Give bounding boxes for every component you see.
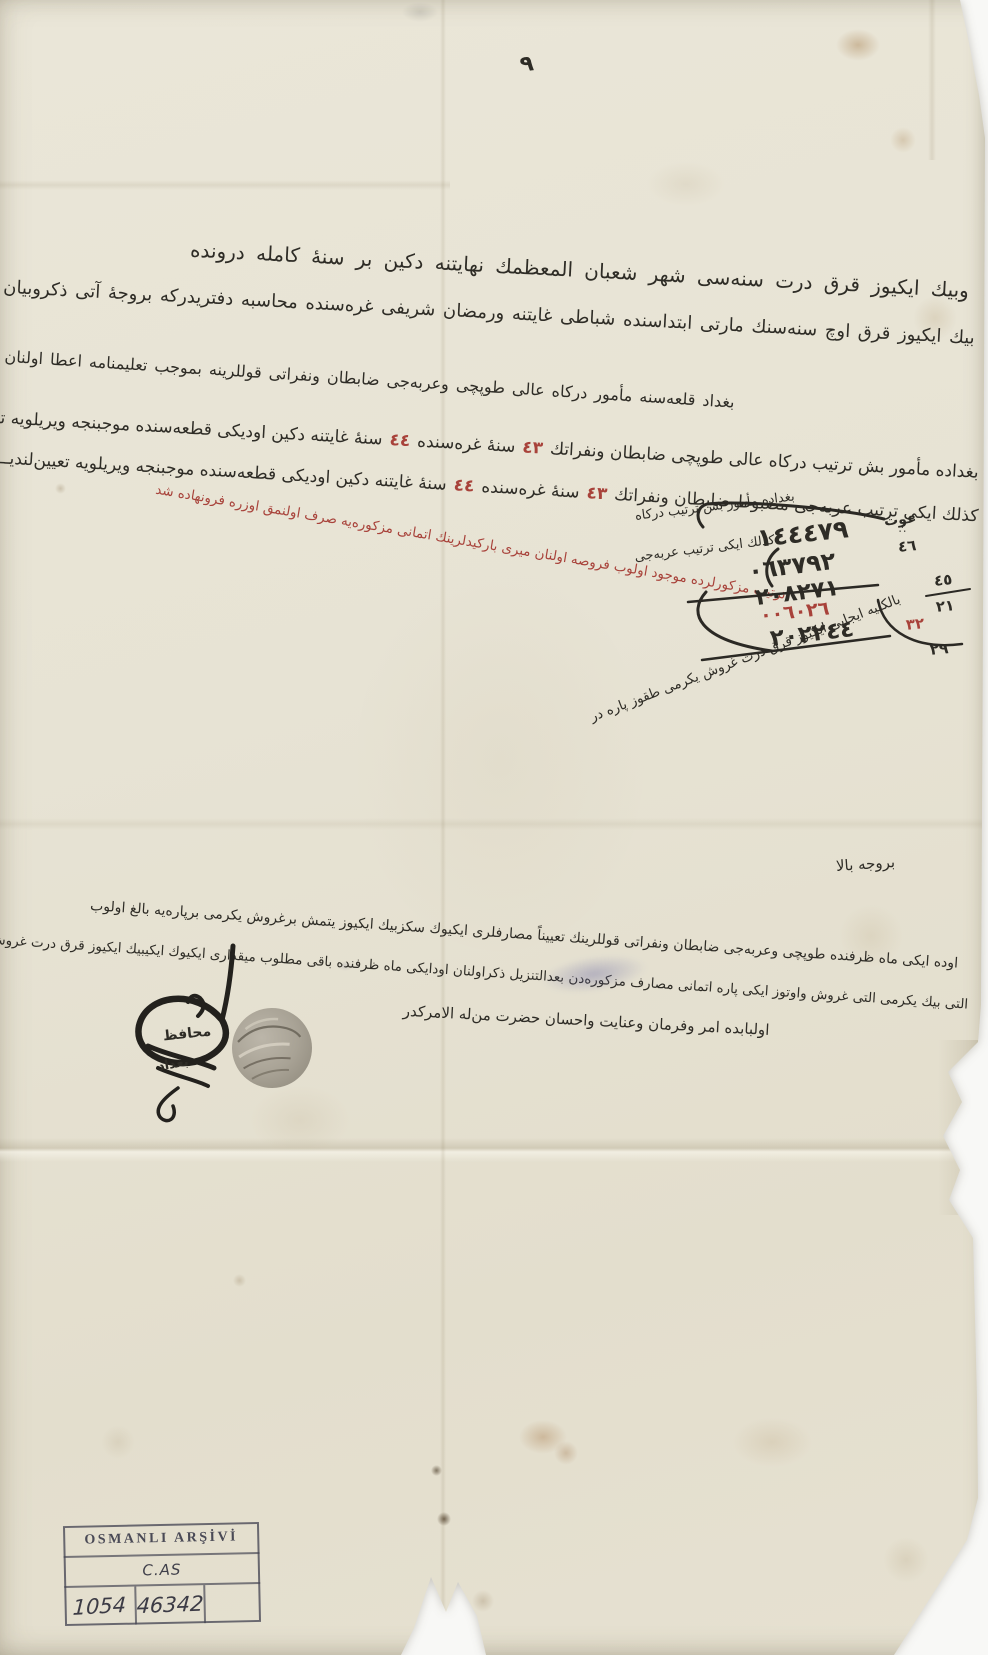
- upper-line-3: بغداد قلعه‌سنه مأمور دركاه عالی طوپچی وع…: [7, 348, 735, 412]
- margin-value-3: ٢١: [935, 597, 955, 616]
- margin-fraction-bar: [926, 589, 970, 596]
- lower-heading: بروجه بالا: [835, 854, 895, 875]
- archive-stamp-dosya-number: 1054: [73, 1593, 128, 1620]
- signature-title: محافظ: [162, 1024, 212, 1045]
- margin-value-5: ٢٩: [929, 640, 949, 659]
- archive-stamp-dosya-cell: 1054: [64, 1587, 137, 1627]
- seal-script-1: [236, 1020, 300, 1049]
- page-number-mark: ٩: [518, 51, 535, 78]
- archive-stamp-class-row: C.AS: [64, 1554, 261, 1588]
- seal-script-5: [244, 1017, 278, 1029]
- fold-crease-horizontal-upper: [0, 180, 450, 190]
- fold-crease-vertical-right: [928, 0, 936, 160]
- entry-1-year-end: ٤٤: [389, 430, 411, 451]
- signature-tail: [158, 1088, 178, 1121]
- ink-marks-overlay: [0, 0, 988, 1655]
- seal-script-3: [243, 1054, 291, 1068]
- entry-1-text-b: سنۀ غره‌سنده: [417, 432, 516, 457]
- archive-stamp-empty-cell: [205, 1584, 261, 1623]
- document-page: ٩ وبیك ایكیوز قرق درت سنه‌سی شهر شعبان ا…: [0, 0, 988, 1655]
- archive-stamp-title-row: OSMANLI ARŞİVİ: [63, 1522, 260, 1558]
- margin-value-1: ٤٦: [897, 537, 917, 556]
- archive-stamp-gomlek-number: 46342: [136, 1592, 204, 1619]
- archive-stamp-classification: C.AS: [142, 1561, 181, 1580]
- archive-stamp-gomlek-cell: 46342: [137, 1585, 206, 1624]
- margin-value-2: ٤٥: [933, 571, 953, 590]
- scan-background: ٩ وبیك ایكیوز قرق درت سنه‌سی شهر شعبان ا…: [0, 0, 988, 1655]
- entry-1-text-a: بغداده مأمور بش ترتیب دركاه عالی طوپچی ض…: [549, 439, 979, 483]
- official-seal: [225, 1001, 320, 1096]
- entry-2-text-b: سنۀ غره‌سنده: [481, 477, 580, 503]
- signature-place: بغداد: [157, 1055, 190, 1075]
- lower-line-3: اولبابده امر وفرمان وعنایت واحسان حضرت م…: [350, 1000, 770, 1039]
- entry-2-text-c: سنۀ غایتنه دكین اودیكی قطعه‌سنده موجبنجه…: [0, 447, 447, 495]
- margin-value-4: ٣٢: [905, 615, 925, 634]
- archive-stamp-number-row: 1054 46342: [64, 1584, 261, 1626]
- seal-script-2: [238, 1041, 290, 1057]
- paper-shadow-wrap: ٩ وبیك ایكیوز قرق درت سنه‌سی شهر شعبان ا…: [0, 0, 988, 1655]
- torn-edge-shading: [938, 1040, 978, 1215]
- seal-body: [225, 1001, 320, 1096]
- seal-script-4: [251, 1068, 289, 1079]
- account-value-1: ١٤٤٤٧٩: [756, 515, 850, 553]
- fold-crease-vertical: [440, 0, 446, 1655]
- entry-1-text-c: سنۀ غایتنه دكین اودیكی قطعه‌سنده موجبنجه…: [0, 403, 383, 449]
- fold-crease-horizontal-main: [0, 1138, 988, 1162]
- margin-dots: ∴: [899, 524, 906, 537]
- entry-2-year-end: ٤٤: [453, 475, 475, 496]
- entry-1-year-start: ٤٣: [522, 437, 544, 458]
- entry-2-year-start: ٤٣: [586, 483, 608, 504]
- archive-stamp-title: OSMANLI ARŞİVİ: [84, 1529, 238, 1548]
- signature-curl: [188, 996, 204, 1016]
- archive-stamp: OSMANLI ARŞİVİ C.AS 1054 46342: [63, 1522, 261, 1626]
- ink-smudge-blue: [538, 949, 650, 1000]
- fold-crease-horizontal-mid: [0, 818, 988, 830]
